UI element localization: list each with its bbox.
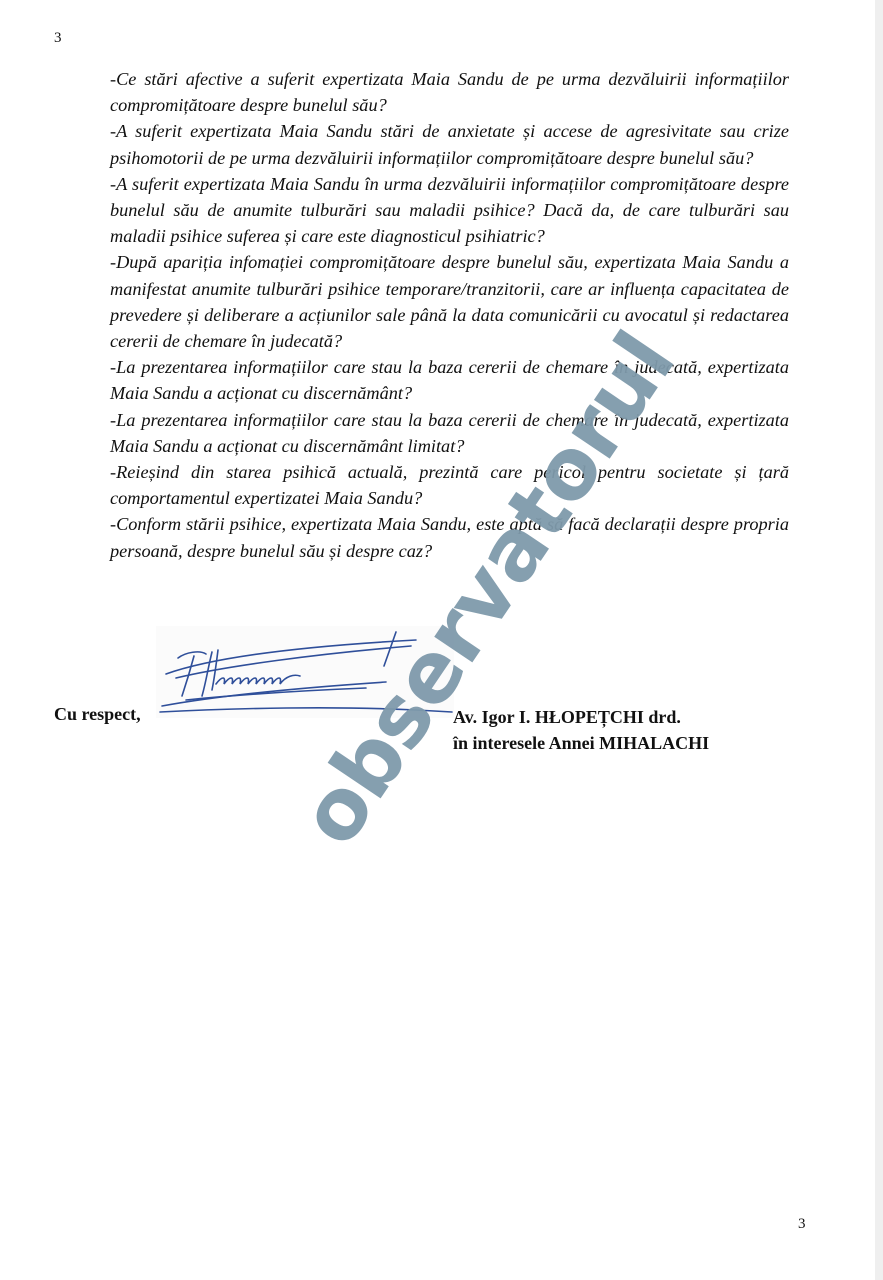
closing-salutation: Cu respect, [54,704,141,725]
signer-on-behalf: în interesele Annei MIHALACHI [453,730,709,756]
question-item: -La prezentarea informațiilor care stau … [110,354,789,406]
question-item: -Ce stări afective a suferit expertizata… [110,66,789,118]
signer-block: Av. Igor I. HŁOPEȚCHI drd. în interesele… [453,704,709,756]
question-item: -După apariția infomației compromițătoar… [110,249,789,354]
page-edge [875,0,883,1280]
page-number-top: 3 [54,30,62,47]
question-list: -Ce stări afective a suferit expertizata… [110,66,789,564]
question-item: -A suferit expertizata Maia Sandu în urm… [110,171,789,250]
page-number-bottom: 3 [798,1216,806,1233]
question-item: -La prezentarea informațiilor care stau … [110,407,789,459]
signer-name: Av. Igor I. HŁOPEȚCHI drd. [453,704,709,730]
question-item: -A suferit expertizata Maia Sandu stări … [110,118,789,170]
question-item: -Reieșind din starea psihică actuală, pr… [110,459,789,511]
